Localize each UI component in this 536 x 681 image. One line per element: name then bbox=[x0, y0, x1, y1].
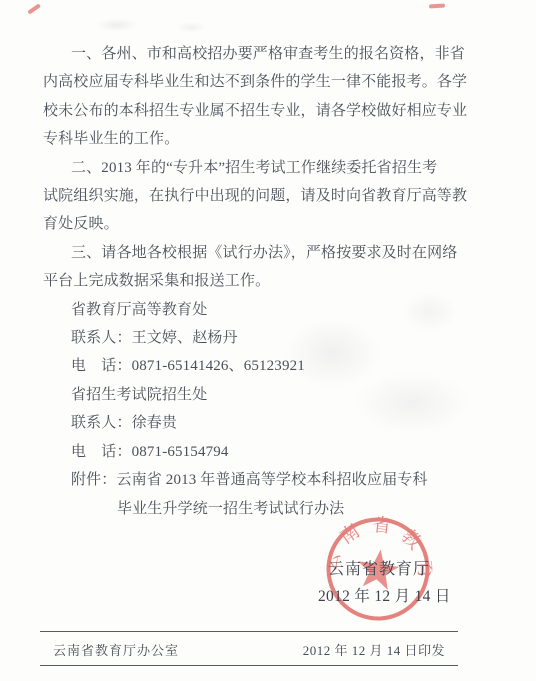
document-line: 内高校应届专科毕业生和达不到条件的学生一律不能报考。各学 bbox=[43, 68, 458, 96]
footer-rule-top bbox=[40, 631, 458, 632]
red-scan-mark-top-left bbox=[27, 3, 40, 14]
scan-smudge bbox=[176, 22, 206, 33]
footer-print-date: 2012 年 12 月 14 日印发 bbox=[303, 640, 445, 659]
document-line: 附件：云南省 2013 年普通高等学校本科招收应届专科 bbox=[43, 466, 458, 494]
document-line: 电 话：0871-65154794 bbox=[43, 438, 458, 466]
document-line: 校未公布的本科招生专业属不招生专业，请各学校做好相应专业 bbox=[43, 97, 458, 125]
scan-smudge bbox=[96, 18, 138, 32]
document-line: 一、各州、市和高校招办要严格审查考生的报名资格，非省 bbox=[43, 40, 458, 68]
signature-date: 2012 年 12 月 14 日 bbox=[318, 584, 451, 606]
document-line: 电 话：0871-65141426、65123921 bbox=[43, 352, 458, 380]
document-line: 省招生考试院招生处 bbox=[43, 381, 458, 409]
scanned-document-page: 一、各州、市和高校招办要严格审查考生的报名资格，非省内高校应届专科毕业生和达不到… bbox=[0, 0, 536, 681]
document-line: 联系人：王文婷、赵杨丹 bbox=[43, 324, 458, 352]
document-line: 联系人：徐春贵 bbox=[43, 409, 458, 437]
footer-rule-bottom bbox=[40, 665, 458, 666]
document-line: 平台上完成数据采集和报送工作。 bbox=[43, 267, 458, 295]
document-line: 省教育厅高等教育处 bbox=[43, 296, 458, 324]
footer-issuing-office: 云南省教育厅办公室 bbox=[53, 640, 179, 659]
document-line: 育处反映。 bbox=[43, 210, 458, 238]
document-line: 二、2013 年的“专升本”招生考试工作继续委托省招生考 bbox=[43, 154, 458, 182]
signature-organization: 云南省教育厅 bbox=[328, 556, 430, 579]
document-line: 试院组织实施，在执行中出现的问题，请及时向省教育厅高等教 bbox=[43, 182, 458, 210]
red-scan-mark-top-right bbox=[429, 3, 445, 8]
document-body: 一、各州、市和高校招办要严格审查考生的报名资格，非省内高校应届专科毕业生和达不到… bbox=[43, 40, 458, 523]
document-line: 三、请各地各校根据《试行办法》，严格按要求及时在网络 bbox=[43, 239, 458, 267]
document-line: 专科毕业生的工作。 bbox=[43, 125, 458, 153]
